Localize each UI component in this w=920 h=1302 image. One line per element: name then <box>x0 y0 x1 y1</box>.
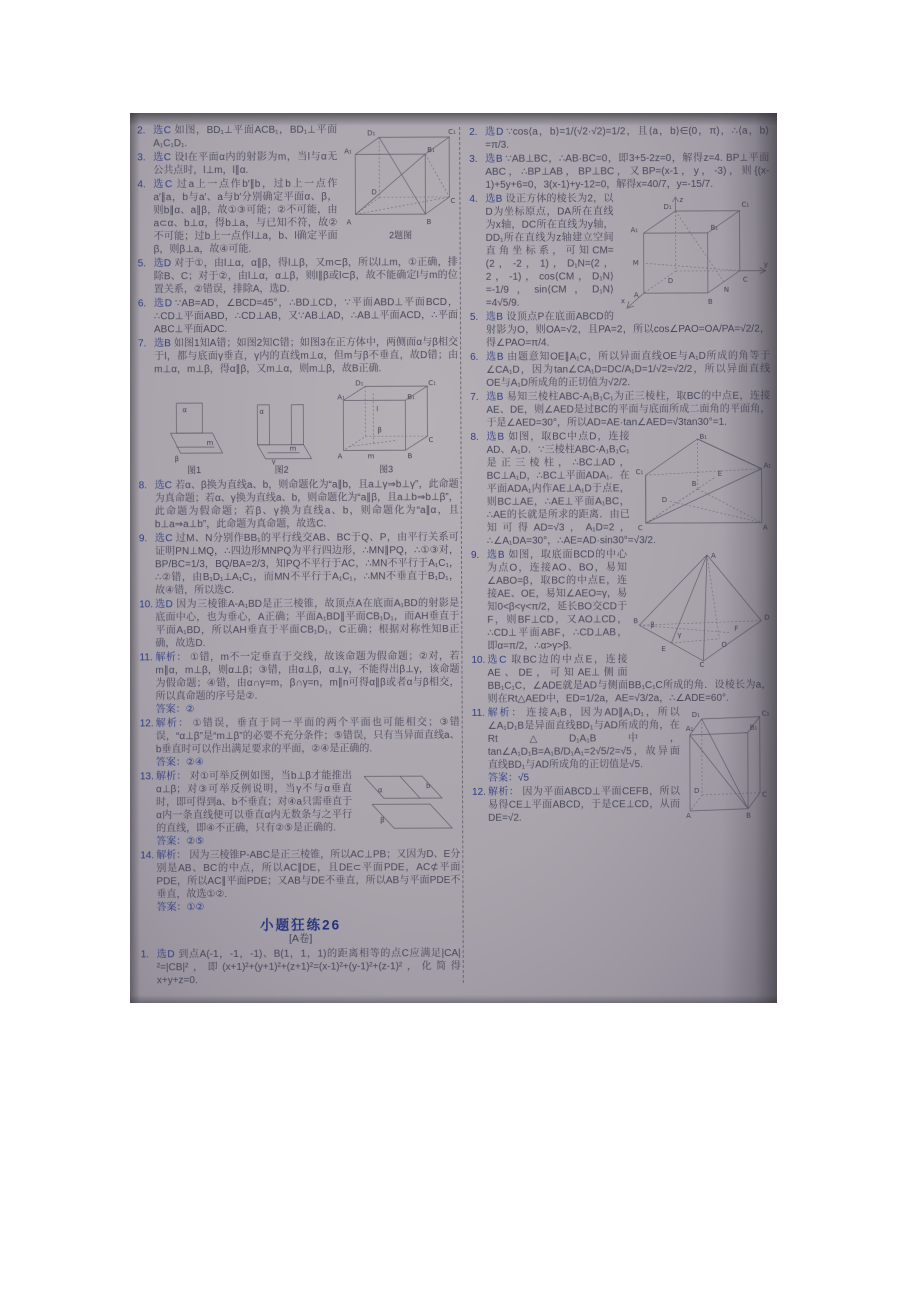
axis-label: x <box>621 297 625 305</box>
vertex-label: A <box>711 552 716 560</box>
solution-text: 取BC边的中点E，连接AE、DE，可知AE⊥侧面BB₁C₁C，∠ADE就是AD与… <box>487 654 771 705</box>
figure-q4-cube: z D₁ C₁ A₁ B₁ M D C N A B x y <box>619 193 770 314</box>
vertex-label: B <box>692 480 697 488</box>
solution-text: 若α、β换为直线a、b，则命题化为“a∥b，且a⊥γ⇒b⊥γ”，此命题为真命题；… <box>155 479 459 530</box>
item-number: 13. <box>140 770 154 783</box>
answers-left-column: D₁ C₁ A₁ B₁ D C A B 2题图 2.选C如图，BD₁⊥平面ACB… <box>137 123 461 988</box>
analysis-label: 解析： <box>488 787 519 798</box>
item-number: 14. <box>140 849 154 862</box>
solution-item: 5.选D对于①，由l⊥α，α∥β，得l⊥β，又m⊂β，所以l⊥m，①正确，排除B… <box>138 256 458 296</box>
item-number: 10. <box>139 598 153 611</box>
answer-line: 答案：② <box>156 702 460 716</box>
answer-choice: 选B <box>486 432 504 443</box>
vertex-label: A <box>634 291 639 299</box>
item-number: 2. <box>137 124 145 137</box>
figure-1: α β m 图1 <box>162 399 226 476</box>
solution-item: 14.解析：因为三棱锥P-ABC是正三棱锥，所以AC⊥PB；又因为D、E分别是A… <box>140 848 460 914</box>
axis-label: z <box>679 196 683 204</box>
prism-diagram: B₁ C₁ A₁ E B D C A <box>635 431 770 532</box>
solution-item: 10.选C取BC边的中点E，连接AE、DE，可知AE⊥侧面BB₁C₁C，∠ADE… <box>471 653 771 706</box>
line-label: l <box>376 405 378 413</box>
item-number: 8. <box>470 431 478 444</box>
solution-text: 易知三棱柱ABC-A₁B₁C₁为正三棱柱，取BC的中点E，连接AE、DE，则∠A… <box>486 391 770 429</box>
figure-caption: 图3 <box>337 464 435 475</box>
answer-choice: 选D <box>157 949 175 960</box>
solution-text: 过M、N分别作BB₁的平行线交AB、BC于Q、P，由平行关系可证明PN⊥MQ，∴… <box>155 532 459 596</box>
vertex-label: F <box>734 625 738 633</box>
cube-axes-diagram: z D₁ C₁ A₁ B₁ M D C N A B x y <box>619 193 770 314</box>
vertex-label: B₁ <box>407 393 415 401</box>
vertex-label: C <box>428 436 433 444</box>
plane-label: α <box>378 786 383 794</box>
item-number: 9. <box>471 549 479 562</box>
vertex-label: A₁ <box>337 393 345 401</box>
answer-choice: 选B <box>485 154 502 165</box>
solution-item: D₁ C₁ A₁ B₁ D C A B 2题图 2.选C如图，BD₁⊥平面ACB… <box>137 123 457 150</box>
figure-q13-box: α b β <box>358 770 460 832</box>
solution-item: 5.选B设顶点P在底面ABCD的射影为O，则OA=√2，且PA=2，所以cos∠… <box>470 310 770 350</box>
figure-2: α γ m 图2 <box>249 399 313 476</box>
answer-choice: 选B <box>154 338 171 349</box>
analysis-label: 解析： <box>155 652 187 663</box>
section-title: 小题狂练26 <box>141 918 461 932</box>
answer-choice: 选D <box>155 599 173 610</box>
item-number: 5. <box>138 257 146 270</box>
vertex-label: C <box>743 276 748 284</box>
solution-item: 9.选C过M、N分别作BB₁的平行线交AB、BC于Q、P，由平行关系可证明PN⊥… <box>139 531 459 597</box>
workbook-page-photo: D₁ C₁ A₁ B₁ D C A B 2题图 2.选C如图，BD₁⊥平面ACB… <box>130 113 777 1003</box>
vertex-label: B₁ <box>699 433 707 441</box>
vertex-label: C₁ <box>448 128 456 136</box>
plane-label: β <box>377 426 382 434</box>
solution-item: 7.选B如图1知A错；如图2知C错；如图3在正方体中，两侧面α与β相交于l，都与… <box>138 336 458 376</box>
item-number: 7. <box>470 391 478 404</box>
answer-choice: 选B <box>486 352 503 363</box>
solution-item: 3.选B∵AB⊥BC，∴AB·BC=0，即3+5-2z=0，解得z=4. BP⊥… <box>469 152 769 192</box>
vertex-label: A <box>763 524 768 532</box>
vertex-label: C₁ <box>741 201 749 209</box>
line-label: m <box>290 445 297 453</box>
solution-item: A B β γ E O F C D 9.选B如图，取底面BCD的中心为点O，连接… <box>471 548 771 653</box>
item-number: 12. <box>472 786 486 799</box>
solution-item: D₁ C₁ A₁ B₁ D C A B 11.解析：连接A₁B，因为AD∥A₁D… <box>472 706 772 785</box>
item-number: 7. <box>138 337 146 350</box>
vertex-label: E <box>718 470 722 478</box>
solution-text: 设顶点P在底面ABCD的射影为O，则OA=√2，且PA=2，所以cos∠PAO=… <box>486 311 770 349</box>
solution-text: 如图1知A错；如图2知C错；如图3在正方体中，两侧面α与β相交于l，都与底面γ垂… <box>154 337 458 375</box>
figure-q9-tetrahedron: A B β γ E O F C D <box>633 549 772 668</box>
solution-text: 如图，取底面BCD的中心为点O，连接AO、BO，易知∠ABO=β，取BC的中点E… <box>487 549 627 652</box>
vertex-label: B <box>633 617 638 625</box>
item-number: 12. <box>140 717 154 730</box>
vertex-label: C₁ <box>428 379 435 387</box>
vertex-label: C₁ <box>762 710 770 718</box>
vertex-label: A₁ <box>764 462 771 470</box>
solution-item: 10.选D因为三棱锥A-A₁BD是正三棱锥，故顶点A在底面A₁BD的射影是底面中… <box>139 597 459 650</box>
solution-text: 到点A(-1，-1，-1)、B(1，1，1)的距离相等的点C应满足|CA|²=|… <box>157 948 461 986</box>
item-number: 11. <box>472 707 485 720</box>
solution-item: 7.选B易知三棱柱ABC-A₁B₁C₁为正三棱柱，取BC的中点E，连接AE、DE… <box>470 390 770 430</box>
plane-label: β <box>380 816 385 824</box>
answer-choice: 选B <box>485 194 502 205</box>
solution-text: 如图，取BC中点D，连接AD、A₁D．∵三棱柱ABC-A₁B₁C₁是正三棱柱，∴… <box>487 431 656 547</box>
solution-item: 8.选C若α、β换为直线a、b，则命题化为“a∥b，且a⊥γ⇒b⊥γ”，此命题为… <box>139 478 459 531</box>
solution-text: 由题意知OE∥A₁C，所以异面直线OE与A₁D所成的角等于∠CA₁D，因为tan… <box>486 351 770 389</box>
answer-choice: 选C <box>155 533 173 544</box>
item-number: 1. <box>141 948 149 961</box>
plane-label: β <box>174 455 179 463</box>
vertex-label: B <box>708 298 713 306</box>
angle-label: γ <box>677 631 681 639</box>
item-number: 4. <box>469 193 477 206</box>
solution-item: z D₁ C₁ A₁ B₁ M D C N A B x y <box>469 192 770 310</box>
figure-caption: 图1 <box>162 465 226 476</box>
solution-text: 如图，BD₁⊥平面ACB₁，BD₁⊥平面A₁C₁D₁. <box>153 125 337 150</box>
item-number: 6. <box>470 351 478 364</box>
solution-text: 因为三棱锥P-ABC是正三棱锥，所以AC⊥PB；又因为D、E分别是AB、BC的中… <box>156 849 460 900</box>
plane-label: α <box>259 408 264 416</box>
answer-choice: 选C <box>153 125 171 136</box>
axis-label: y <box>764 261 768 269</box>
section-subtitle: [A卷] <box>141 932 461 946</box>
item-number: 2. <box>469 126 477 139</box>
dihedral-diagram: α β m <box>162 399 226 465</box>
answer-choice: 选B <box>486 312 503 323</box>
figure-row: α β m 图1 α γ m 图2 <box>138 378 458 476</box>
analysis-label: 解析： <box>156 718 190 729</box>
answer-choice: 选D <box>485 127 503 138</box>
parallelepiped-diagram: α b β <box>358 770 460 832</box>
answer-choice: 选C <box>155 480 172 491</box>
vertex-label: A <box>337 452 342 460</box>
vertex-label: A₁ <box>686 725 694 733</box>
vertex-label: D₁ <box>663 203 671 211</box>
solution-item: 12.解析：①错误，垂直于同一平面的两个平面也可能相交；③错误，“α⊥β”是“m… <box>140 716 460 769</box>
plane-label: α <box>182 406 187 414</box>
answers-right-column: 2.选D∵cos⟨a，b⟩=1/(√2·√2)=1/2，且⟨a，b⟩∈(0，π)… <box>469 125 772 826</box>
solution-text: ∵AB⊥BC，∴AB·BC=0，即3+5-2z=0，解得z=4. BP⊥平面AB… <box>485 153 769 191</box>
vertex-label: A₁ <box>631 226 639 234</box>
analysis-label: 解析： <box>156 771 187 782</box>
line-label: m <box>367 452 374 460</box>
item-number: 3. <box>137 151 145 164</box>
item-number: 9. <box>139 532 147 545</box>
answer-choice: 选D <box>154 258 171 269</box>
answer-choice: 选C <box>487 655 506 666</box>
vertex-label: N <box>724 286 729 294</box>
vertex-label: M <box>633 259 639 267</box>
figure-caption: 图2 <box>250 465 314 476</box>
solution-text: ①错误，垂直于同一平面的两个平面也可能相交；③错误，“α⊥β”是“m⊥β”的必要… <box>156 717 460 755</box>
vertex-label: B₁ <box>711 224 719 232</box>
vertex-label: B₁ <box>750 724 758 732</box>
answer-choice: 选B <box>486 392 503 403</box>
answer-line: 答案：②④ <box>156 755 460 769</box>
vertex-label: D₁ <box>367 129 375 137</box>
answer-line: 答案：①② <box>156 900 460 914</box>
solution-text: 对于①，由l⊥α，α∥β，得l⊥β，又m⊂β，所以l⊥m，①正确，排除B、C；对… <box>154 257 458 295</box>
solution-item: α b β 13.解析：对①可举反例如图，当b⊥β才能推出α⊥β；对③可举反例说… <box>140 769 460 848</box>
solution-item: B₁ C₁ A₁ E B D C A 8.选B如图，取BC中点D，连接AD、A₁… <box>470 430 771 548</box>
solution-text: ∵AB=AD，∠BCD=45°，∴BD⊥CD，∵平面ABD⊥平面BCD，∴CD⊥… <box>154 297 458 335</box>
vertex-label: C₁ <box>636 468 644 476</box>
analysis-label: 解析： <box>488 708 524 719</box>
solution-text: ①错，m不一定垂直于交线，故该命题为假命题；②对，若m∥α，m⊥β，则α⊥β；③… <box>155 651 459 702</box>
solution-item: 12.解析：因为平面ABCD⊥平面CEFB，所以易得CE⊥平面ABCD，于是CE… <box>472 785 772 825</box>
solution-item: 3.选C设l在平面α内的射影为m，当l与α无公共点时，l⊥m，l∥α. <box>137 150 457 177</box>
item-number: 3. <box>469 153 477 166</box>
item-number: 11. <box>139 651 152 664</box>
tetrahedron-diagram: A B β γ E O F C D <box>633 549 772 668</box>
solution-item: 1.选D到点A(-1，-1，-1)、B(1，1，1)的距离相等的点C应满足|CA… <box>141 947 461 987</box>
item-number: 6. <box>138 297 146 310</box>
page-surface: D₁ C₁ A₁ B₁ D C A B 2题图 2.选C如图，BD₁⊥平面ACB… <box>130 113 777 1003</box>
vertex-label: D₁ <box>355 379 363 387</box>
item-number: 5. <box>470 311 478 324</box>
vertex-label: E <box>661 645 665 653</box>
line-label: m <box>206 439 213 447</box>
vertex-label: D₁ <box>692 711 700 719</box>
solution-text: 因为三棱锥A-A₁BD是正三棱锥，故顶点A在底面A₁BD的射影是底面中心，也为垂… <box>155 598 459 649</box>
solution-text: 过a上一点作b′∥b，过b上一点作a′∥a，b与a′、a与b′分别确定平面α、β… <box>153 179 337 256</box>
angle-label: β <box>650 621 655 629</box>
vertex-label: D <box>668 277 673 285</box>
vertex-label: D <box>764 614 769 622</box>
cube-diagram: D₁ C₁ A₁ B₁ l β m A B C <box>337 378 435 464</box>
item-number: 10. <box>471 654 485 667</box>
solution-item: 2.选D∵cos⟨a，b⟩=1/(√2·√2)=1/2，且⟨a，b⟩∈(0，π)… <box>469 125 769 152</box>
answer-choice: 选B <box>487 550 505 561</box>
solution-text: ∵cos⟨a，b⟩=1/(√2·√2)=1/2，且⟨a，b⟩∈(0，π)，∴⟨a… <box>485 126 769 151</box>
item-number: 8. <box>139 479 147 492</box>
answer-choice: 选D <box>154 298 172 309</box>
solution-item: 6.选B由题意知OE∥A₁C，所以异面直线OE与A₁D所成的角等于∠CA₁D，因… <box>470 350 770 390</box>
answer-choice: 选C <box>153 152 171 163</box>
vertex-label: O <box>721 641 727 649</box>
solution-item: 11.解析：①错，m不一定垂直于交线，故该命题为假命题；②对，若m∥α，m⊥β，… <box>139 650 459 716</box>
dihedral-diagram: α γ m <box>249 399 313 465</box>
answer-choice: 选C <box>153 179 172 190</box>
vertex-label: B <box>407 452 412 460</box>
vertex-label: D <box>662 496 667 504</box>
solution-item: 6.选D∵AB=AD，∠BCD=45°，∴BD⊥CD，∵平面ABD⊥平面BCD，… <box>138 296 458 336</box>
solution-item: 4.选C过a上一点作b′∥b，过b上一点作a′∥a，b与a′、a与b′分别确定平… <box>137 177 457 256</box>
analysis-label: 解析： <box>156 850 186 861</box>
solution-text: 设正方体的棱长为2，以D为坐标原点，DA所在直线为x轴，DC所在直线为y轴，DD… <box>485 193 613 309</box>
figure-q8-prism: B₁ C₁ A₁ E B D C A <box>635 431 770 532</box>
figure-3: D₁ C₁ A₁ B₁ l β m A B C 图3 <box>337 378 435 475</box>
vertex-label: C <box>638 524 643 531</box>
item-number: 4. <box>137 178 145 191</box>
line-label: b <box>426 782 431 790</box>
page-root: { "left": { "items": [ {"num":"2.","labe… <box>0 0 920 1302</box>
answer-line: 答案：②⑤ <box>156 834 460 848</box>
solution-text: 设l在平面α内的射影为m，当l与α无公共点时，l⊥m，l∥α. <box>153 152 337 177</box>
